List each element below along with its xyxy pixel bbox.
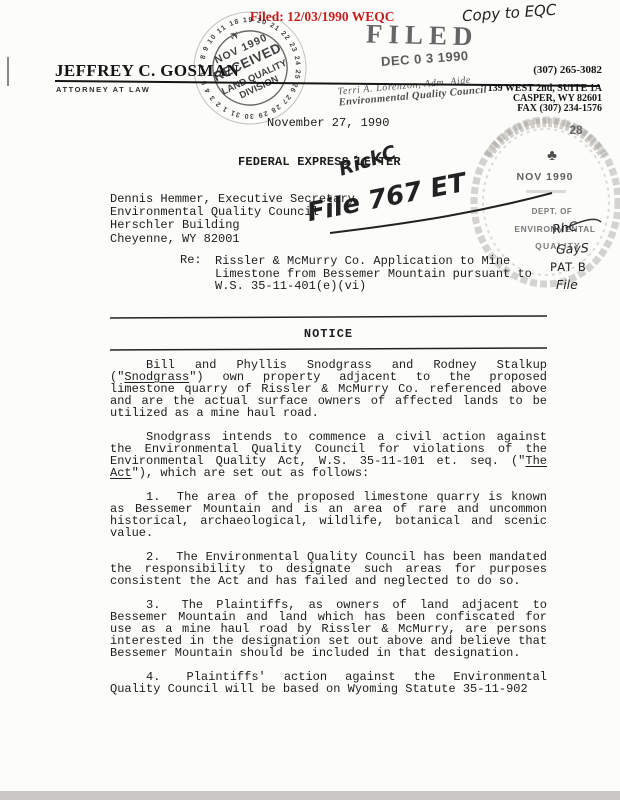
dept-stamp-line-1: DEPT. OF [532, 207, 573, 216]
numbered-item-2: 2. The Environmental Quality Council has… [110, 552, 547, 588]
re-subject: Rissler & McMurry Co. Application to Min… [215, 255, 532, 293]
recipient-line: Herschler Building [110, 219, 355, 232]
re-subject-line: Rissler & McMurry Co. Application to Min… [215, 255, 532, 268]
notice-heading: NOTICE [110, 329, 547, 341]
numbered-item-1: 1. The area of the proposed limestone qu… [110, 492, 547, 540]
plane-icon: ✈ [226, 27, 243, 43]
recipient-address: Dennis Hemmer, Executive Secretary Envir… [110, 193, 355, 246]
scanned-letter-page: Filed: 12/03/1990 WEQC Copy to EQC JEFFR… [0, 0, 620, 800]
paragraph-2-text: Snodgrass intends to commence a civil ac… [110, 430, 547, 468]
item-text: Plaintiffs' action against the Environme… [110, 670, 547, 696]
numbered-item-3: 3. The Plaintiffs, as owners of land adj… [110, 600, 547, 660]
dept-stamp-top-smudge [488, 123, 604, 156]
letterhead-phone: (307) 265-3082 [533, 64, 602, 76]
dept-stamp-month: NOV 1990 [516, 171, 573, 183]
filed-stamp-date: DEC 0 3 1990 [381, 48, 470, 69]
received-stamp: 18 19 20 21 22 23 24 25 26 27 28 29 30 3… [188, 6, 312, 130]
routing-note-gays: GayS [556, 240, 589, 257]
re-label: Re: [180, 255, 202, 267]
letterhead-address: 139 WEST 2nd, SUITE 1A CASPER, WY 82601 … [488, 84, 602, 114]
routing-note-patb: PAT B [550, 260, 587, 274]
paragraph-1: Bill and Phyllis Snodgrass and Rodney St… [110, 360, 547, 420]
bottom-scan-edge [0, 791, 620, 800]
letterhead-title: ATTORNEY AT LAW [56, 85, 150, 94]
item-text: The Environmental Quality Council has be… [110, 550, 547, 588]
club-icon: ♣ [547, 147, 557, 164]
date-line: November 27, 1990 [267, 118, 389, 130]
clerk-stamp: Terri A. Lorenzon, Adm. Aide Environment… [337, 74, 487, 109]
recipient-line: Cheyenne, WY 82001 [110, 233, 355, 246]
numbered-item-4: 4. Plaintiffs' action against the Enviro… [110, 672, 547, 696]
paragraph-2: Snodgrass intends to commence a civil ac… [110, 432, 547, 480]
re-subject-line: W.S. 35-11-401(e)(vi) [215, 280, 532, 293]
dept-stamp-faded-line [526, 190, 566, 193]
notice-rule-top [110, 316, 547, 318]
routing-note-file: File [556, 277, 578, 292]
delivery-method: FEDERAL EXPRESS LETTER [238, 157, 401, 169]
letterhead-address-line: FAX (307) 234-1576 [488, 104, 602, 114]
item-text: The Plaintiffs, as owners of land adjace… [110, 598, 547, 660]
dept-stamp-rim-date: 28 [569, 123, 583, 137]
notice-rule-bottom [110, 348, 547, 350]
paragraph-2-text: "), which are set out as follows: [132, 466, 370, 480]
item-text: The area of the proposed limestone quarr… [110, 490, 547, 540]
